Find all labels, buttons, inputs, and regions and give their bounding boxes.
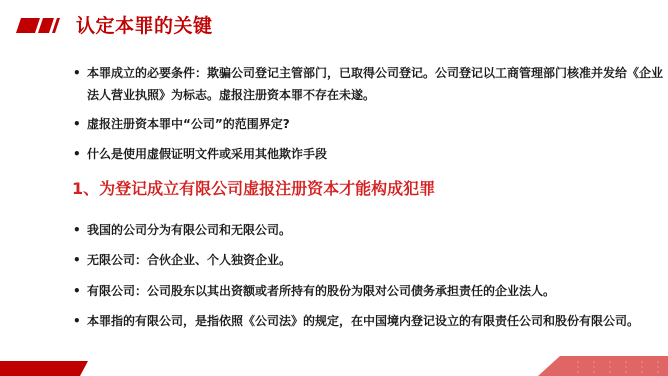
footer-band-left <box>0 360 92 376</box>
footer-band-right <box>538 356 668 376</box>
bullet-dot-icon: • <box>73 113 83 135</box>
bullet-item: • 有限公司：公司股东以其出资额或者所持有的股份为限对公司债务承担责任的企业法人… <box>73 280 663 302</box>
bullet-dot-icon: • <box>73 143 83 165</box>
bullet-text: 我国的公司分为有限公司和无限公司。 <box>87 219 663 241</box>
bullet-text: 本罪指的有限公司，是指依照《公司法》的规定，在中国境内登记设立的有限责任公司和股… <box>87 310 663 332</box>
bullet-item: • 本罪成立的必要条件：欺骗公司登记主管部门，已取得公司登记。公司登记以工商管理… <box>73 62 663 106</box>
bullet-item: • 虚报注册资本罪中“公司”的范围界定? <box>73 113 663 135</box>
bullet-text: 虚报注册资本罪中“公司”的范围界定? <box>87 113 663 135</box>
bullet-item: • 什么是使用虚假证明文件或采用其他欺诈手段 <box>73 143 663 165</box>
section-heading: 1、为登记成立有限公司虚报注册资本才能构成犯罪 <box>72 178 435 200</box>
bullet-text: 什么是使用虚假证明文件或采用其他欺诈手段 <box>87 143 663 165</box>
bullet-item: • 本罪指的有限公司，是指依照《公司法》的规定，在中国境内登记设立的有限责任公司… <box>73 310 663 332</box>
bullet-item: • 我国的公司分为有限公司和无限公司。 <box>73 219 663 241</box>
title-logo-icon <box>16 18 66 33</box>
bullet-dot-icon: • <box>73 310 83 332</box>
bullet-dot-icon: • <box>73 249 83 271</box>
bullet-dot-icon: • <box>73 62 83 84</box>
bullet-text: 无限公司：合伙企业、个人独资企业。 <box>87 249 663 271</box>
bullet-item: • 无限公司：合伙企业、个人独资企业。 <box>73 249 663 271</box>
bullet-text: 有限公司：公司股东以其出资额或者所持有的股份为限对公司债务承担责任的企业法人。 <box>87 280 663 302</box>
bullet-dot-icon: • <box>73 280 83 302</box>
slide-title: 认定本罪的关键 <box>76 14 213 38</box>
bullet-dot-icon: • <box>73 219 83 241</box>
bullet-text: 本罪成立的必要条件：欺骗公司登记主管部门，已取得公司登记。公司登记以工商管理部门… <box>87 62 663 106</box>
